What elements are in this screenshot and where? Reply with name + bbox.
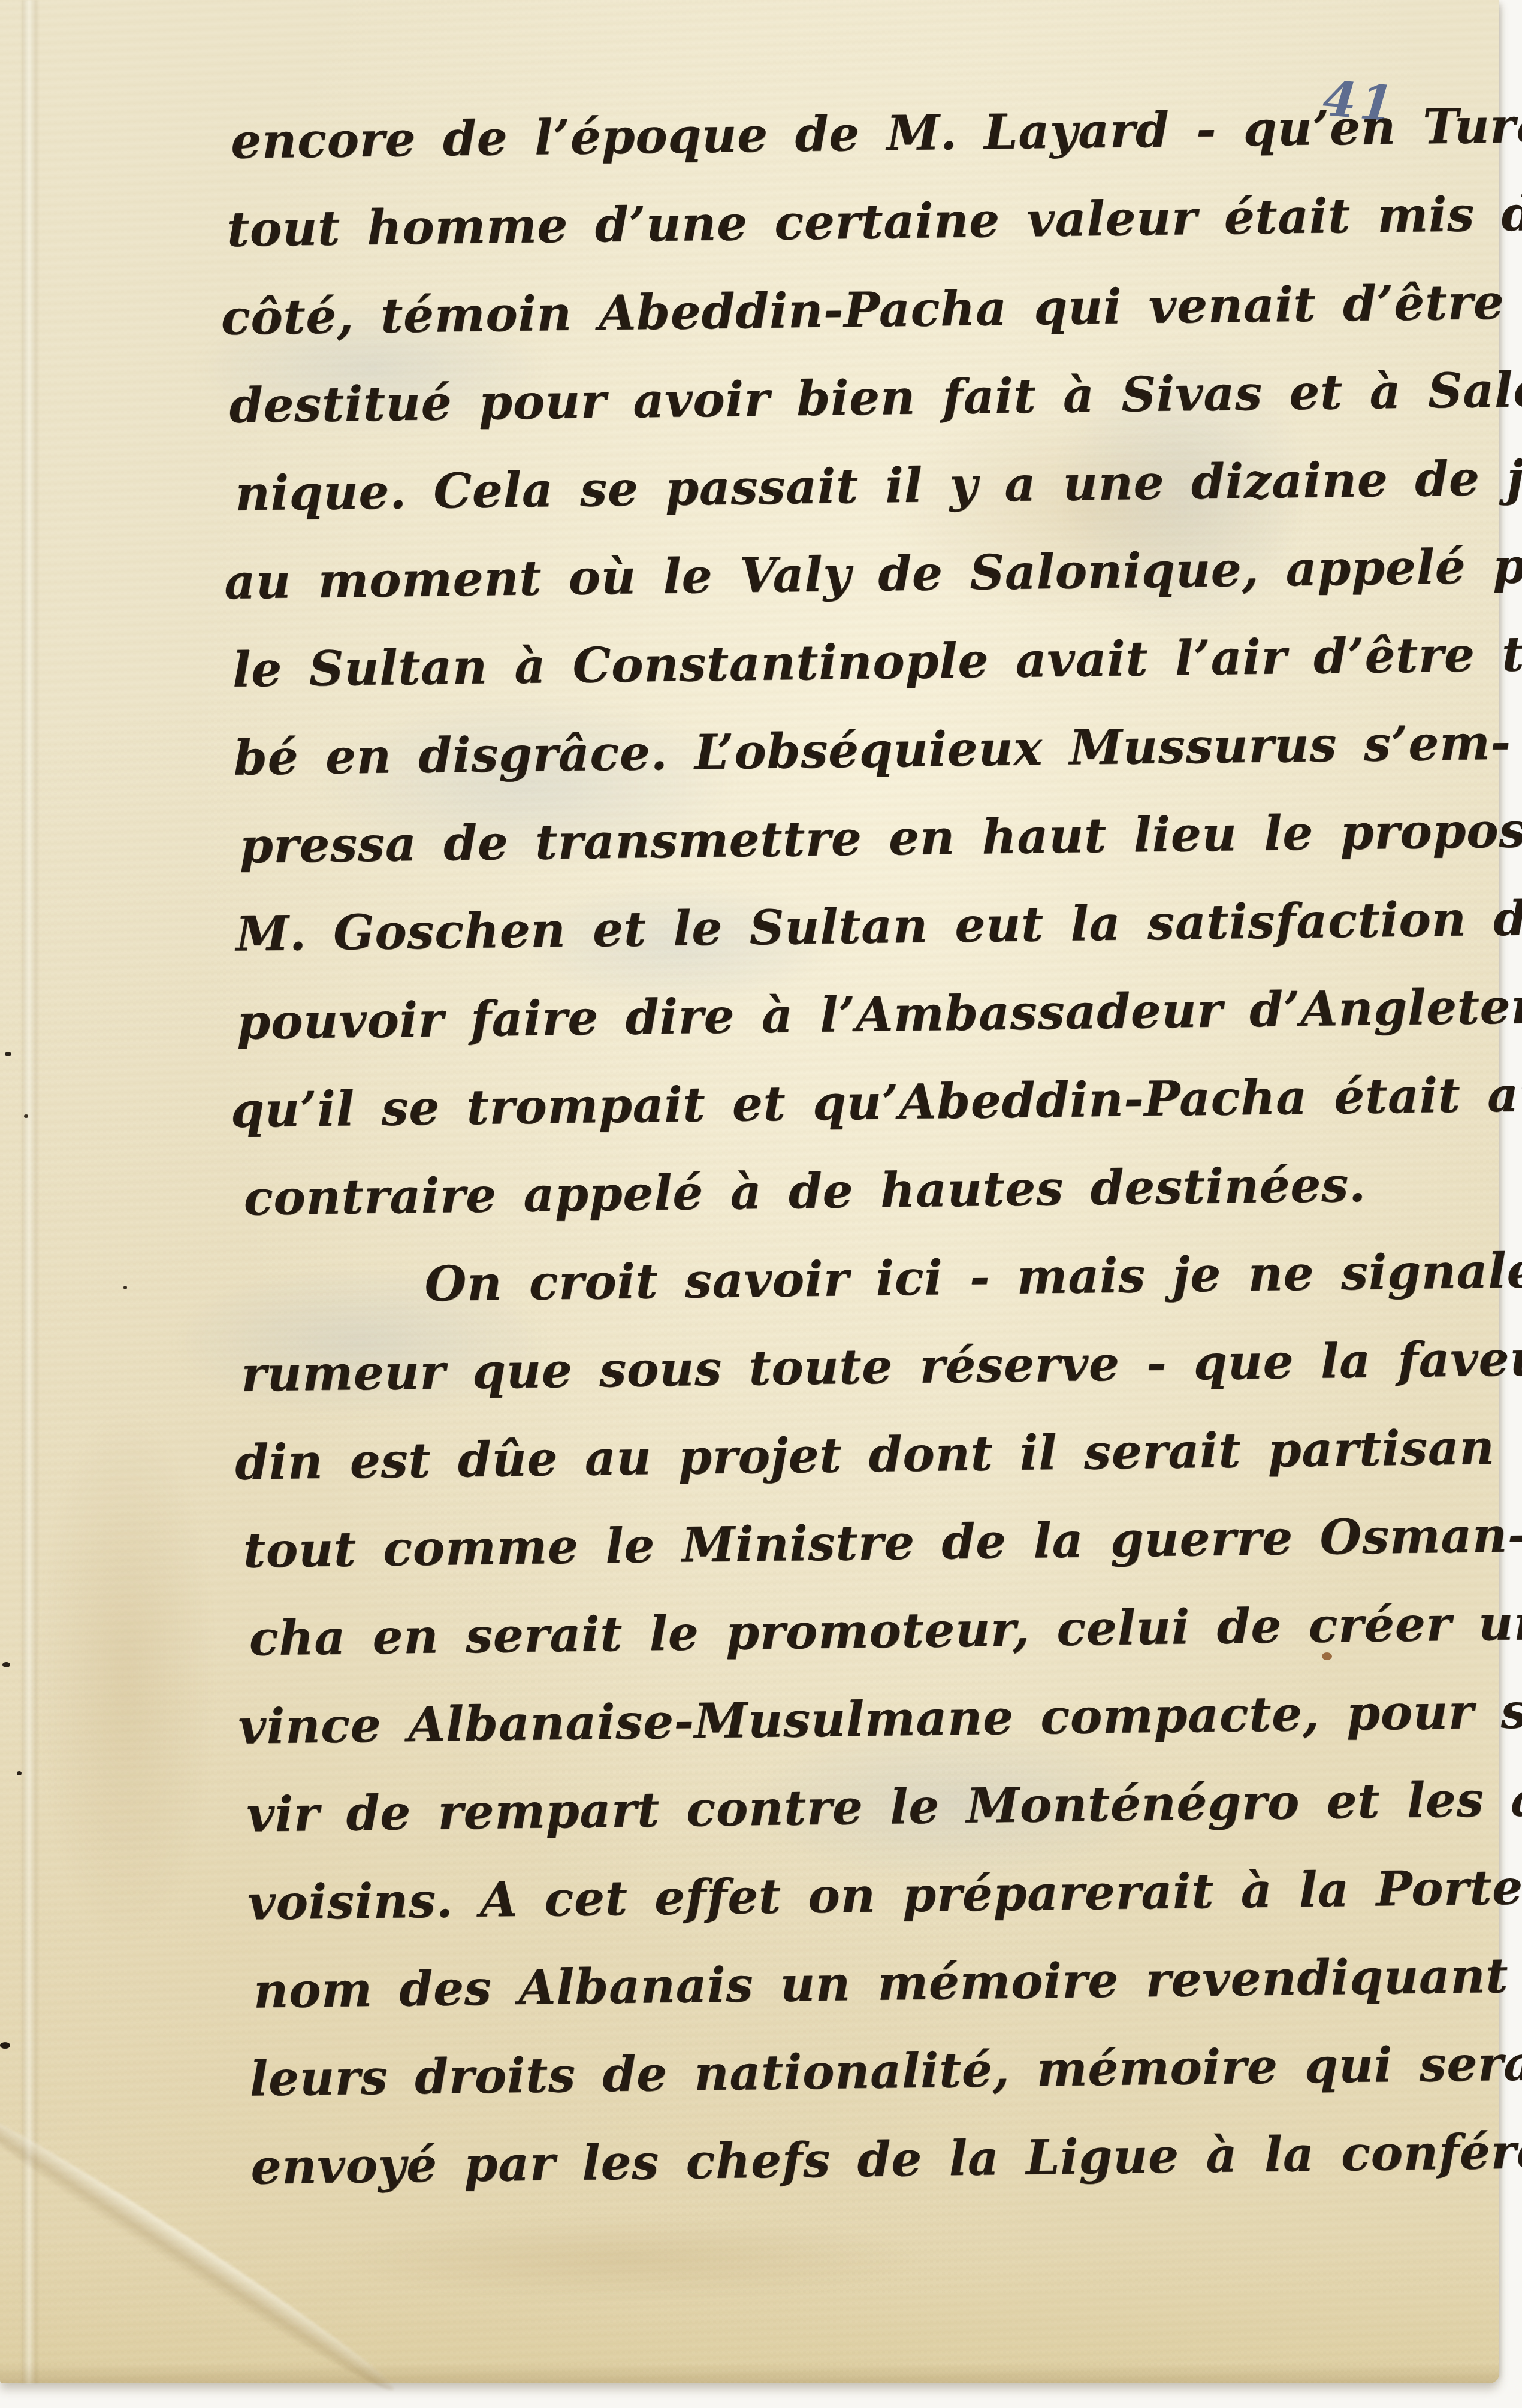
manuscript-line: qu’il se trompait et qu’Abeddin-Pacha ét… xyxy=(230,1051,1473,1154)
fold-crease-left xyxy=(22,0,40,2383)
manuscript-line: M. Goschen et le Sultan eut la satisfact… xyxy=(235,875,1471,978)
manuscript-line: On croit savoir ici - mais je ne signale… xyxy=(244,1227,1475,1330)
manuscript-line: tout homme d’une certaine valeur était m… xyxy=(227,171,1462,274)
manuscript-line: vince Albanaise-Musulmane compacte, pour… xyxy=(238,1667,1481,1771)
manuscript-line: din est dûe au projet dont il serait par… xyxy=(234,1403,1477,1506)
paragraph: encore de l’époque de M. Layard - qu’en … xyxy=(226,83,1474,1243)
manuscript-line: leurs droits de nationalité, mémoire qui… xyxy=(249,2020,1485,2123)
manuscript-line: pressa de transmettre en haut lieu le pr… xyxy=(239,787,1470,890)
manuscript-line: côté, témoin Abeddin-Pacha qui venait d’… xyxy=(221,259,1463,362)
paper-stain xyxy=(36,1408,216,1947)
manuscript-line: bé en disgrâce. L’obséquieux Mussurus s’… xyxy=(233,699,1469,802)
manuscript-line: voisins. A cet effet on préparerait à la… xyxy=(247,1844,1482,1947)
scanned-manuscript: { "page": { "number": "41" }, "manuscrip… xyxy=(0,0,1522,2408)
manuscript-line: pouvoir faire dire à l’Ambassadeur d’Ang… xyxy=(236,963,1472,1066)
ink-speck xyxy=(5,1052,11,1056)
ink-speck xyxy=(0,2042,10,2049)
ink-speck xyxy=(2,1662,10,1667)
manuscript-line: vir de rempart contre le Monténégro et l… xyxy=(246,1756,1482,1859)
manuscript-line: cha en serait le promoteur, celui de cré… xyxy=(249,1579,1479,1682)
manuscript-line: tout comme le Ministre de la guerre Osma… xyxy=(243,1491,1478,1594)
manuscript-line: nom des Albanais un mémoire revendiquant xyxy=(253,1932,1484,2035)
manuscript-line: rumeur que sous toute réserve - que la f… xyxy=(241,1315,1476,1418)
ink-speck xyxy=(24,1114,28,1118)
paper-sheet: 41 encore de l’époque de M. Layard - qu’… xyxy=(0,0,1499,2383)
manuscript-line: envoyé par les chefs de la Ligue à la co… xyxy=(250,2108,1486,2211)
manuscript-line: encore de l’époque de M. Layard - qu’en … xyxy=(231,83,1461,186)
manuscript-line: le Sultan à Constantinople avait l’air d… xyxy=(232,611,1467,714)
ink-speck xyxy=(17,1771,22,1775)
paragraph: On croit savoir ici - mais je ne signale… xyxy=(240,1227,1486,2211)
manuscript-line: contraire appelé à de hautes destinées. xyxy=(243,1139,1474,1242)
manuscript-line: destitué pour avoir bien fait à Sivas et… xyxy=(229,347,1464,450)
manuscript-line: au moment où le Valy de Salonique, appel… xyxy=(224,522,1467,626)
manuscript-line: nique. Cela se passait il y a une dizain… xyxy=(235,435,1466,538)
manuscript-text: encore de l’époque de M. Layard - qu’en … xyxy=(226,83,1486,2211)
ink-speck xyxy=(123,1286,127,1289)
bleed-through-ghost xyxy=(336,2217,923,2301)
